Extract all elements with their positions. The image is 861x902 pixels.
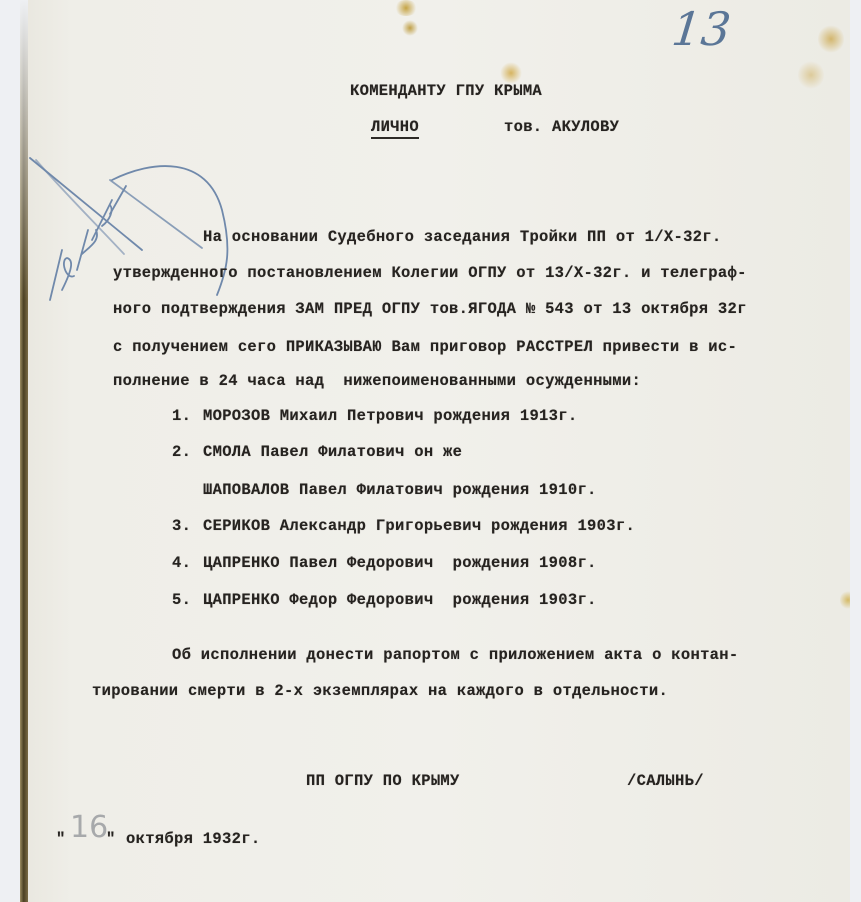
signature-organization: ПП ОГПУ ПО КРЫМУ [306, 772, 460, 790]
list-item: СЕРИКОВ Александр Григорьевич рождения 1… [203, 517, 635, 535]
list-item: ЦАПРЕНКО Павел Федорович рождения 1908г. [203, 554, 597, 572]
stain-mark [840, 590, 850, 610]
closing-line: тировании смерти в 2-х экземплярах на ка… [92, 682, 668, 700]
addressee-line: КОМЕНДАНТУ ГПУ КРЫМА [350, 82, 542, 100]
body-line: с получением сего ПРИКАЗЫВАЮ Вам пригово… [113, 338, 737, 356]
stain-mark [402, 20, 418, 36]
body-line: полнение в 24 часа над нижепоименованным… [113, 372, 641, 390]
list-item: МОРОЗОВ Михаил Петрович рождения 1913г. [203, 407, 577, 425]
list-item: ЦАПРЕНКО Федор Федорович рождения 1903г. [203, 591, 597, 609]
stain-mark [818, 24, 844, 54]
date-text: октября 1932г. [126, 830, 260, 848]
stain-mark [500, 62, 522, 84]
personal-marking: ЛИЧНО [371, 118, 419, 139]
list-item-number: 2. [172, 443, 191, 461]
body-line: ного подтверждения ЗАМ ПРЕД ОГПУ тов.ЯГО… [113, 300, 747, 318]
list-item-number: 1. [172, 407, 191, 425]
body-line: На основании Судебного заседания Тройки … [203, 228, 721, 246]
recipient-name: тов. АКУЛОВУ [504, 118, 619, 136]
list-item-number: 5. [172, 591, 191, 609]
closing-line: Об исполнении донести рапортом с приложе… [172, 646, 739, 664]
body-line: утвержденного постановлением Колегии ОГП… [113, 264, 747, 282]
stain-mark [394, 0, 418, 16]
stain-mark [798, 60, 824, 90]
list-item-number: 4. [172, 554, 191, 572]
folio-number: 13 [669, 2, 733, 56]
date-day-handwritten: 16 [70, 810, 108, 845]
list-item: ШАПОВАЛОВ Павел Филатович рождения 1910г… [203, 481, 597, 499]
signatory-name: /САЛЫНЬ/ [627, 772, 704, 790]
date-open-quote: " [56, 830, 66, 848]
date-close-quote: " [106, 830, 116, 848]
list-item-number: 3. [172, 517, 191, 535]
list-item: СМОЛА Павел Филатович он же [203, 443, 462, 461]
